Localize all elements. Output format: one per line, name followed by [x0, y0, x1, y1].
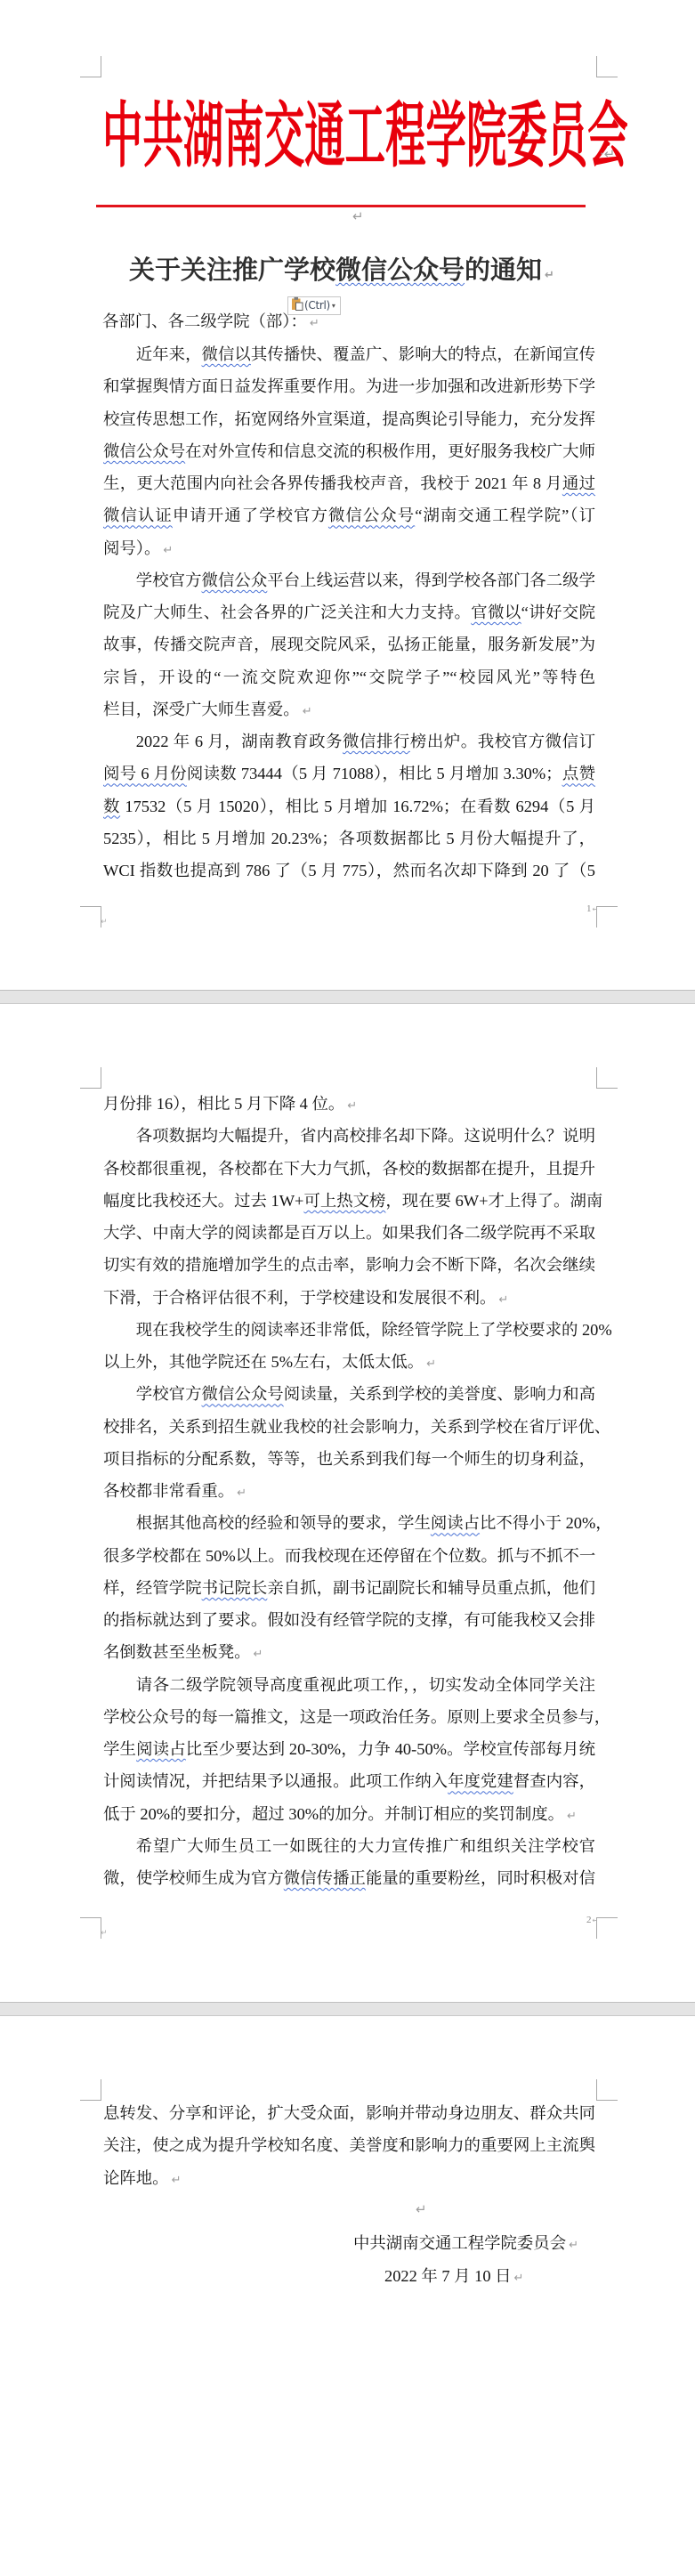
text-line: 阅号）。↵	[103, 532, 595, 564]
text-segment: 学生	[103, 1740, 136, 1758]
text-line: 样，经管学院书记院长亲自抓，副书记副院长和辅导员重点抓，他们	[103, 1572, 595, 1604]
margin-corner-mark	[80, 1917, 101, 1939]
notice-title-text: 关于关注推广学校	[129, 255, 335, 285]
text-line: 生，更大范围内向社会各界传播我校声音，我校于 2021 年 8 月通过	[103, 467, 595, 499]
spellcheck-flagged-text[interactable]: 微信公众号	[103, 442, 185, 460]
signature-organization: 中共湖南交通工程学院委员会↵	[353, 2227, 578, 2262]
text-segment: 学校公众号的每一篇推文，这是一项政治任务。原则上要求全员参与，	[103, 1708, 610, 1726]
text-segment: 请各二级学院领导高度重视此项工作，，切实发动全体同学关注	[136, 1676, 595, 1694]
spellcheck-flagged-text[interactable]: 官微以	[471, 603, 521, 621]
paragraph-mark-icon: ↵	[303, 705, 312, 718]
text-segment: 下滑，于合格评估很不利，于学校建设和发展很不利。	[103, 1289, 496, 1307]
text-segment: 阅读量，关系到学校的美誉度、影响力和高	[284, 1385, 595, 1403]
text-segment: 学校官方	[136, 571, 202, 589]
text-segment: 根据其他高校的经验和领导的要求，学生	[136, 1514, 431, 1532]
text-segment: 息转发、分享和评论，扩大受众面，影响并带动身边朋友、群众共同	[103, 2104, 595, 2122]
page-number: 2↵	[586, 1914, 598, 1927]
margin-corner-mark	[596, 906, 618, 928]
chevron-down-icon: ▾	[332, 297, 335, 314]
text-segment: 幅度比我校还大。过去 1W+	[103, 1192, 303, 1210]
paragraph-mark-icon: ↵	[101, 918, 108, 927]
text-line: 故事，传播交院声音，展现交院风采，弘扬正能量，服务新发展”为	[103, 628, 595, 660]
text-line: 5235），相比 5 月增加 20.23%；各项数据都比 5 月份大幅提升了，	[103, 822, 595, 855]
paragraph-mark-icon: ↵	[347, 1099, 357, 1113]
paragraph-mark-icon: ↵	[352, 209, 364, 223]
text-segment: 低于 20%的要扣分，超过 30%的加分。并制订相应的奖罚制度。	[103, 1805, 564, 1823]
text-line: 宗旨，开设的“一流交院欢迎你”“交院学子”“校园风光”等特色	[103, 661, 595, 693]
text-line: 学生阅读占比至少要达到 20-30%，力争 40-50%。学校宣传部每月统	[103, 1733, 595, 1765]
paragraph-mark-icon: ↵	[593, 1916, 599, 1924]
text-segment: 申请开通了学校官方	[173, 506, 328, 524]
paragraph-mark-icon: ↵	[163, 544, 173, 557]
text-line: 微信公众号在对外宣传和信息交流的积极作用，更好服务我校广大师	[103, 435, 595, 467]
text-line: 学校官方微信公众号阅读量，关系到学校的美誉度、影响力和高	[103, 1378, 595, 1410]
text-segment: 生，更大范围内向社会各界传播我校声音，我校于 2021 年 8 月	[103, 474, 562, 492]
clipboard-icon	[291, 296, 303, 315]
text-segment: “湖南交通工程学院”（订	[415, 506, 595, 524]
margin-corner-mark	[80, 2079, 101, 2101]
text-segment: 学校官方	[136, 1385, 202, 1403]
spellcheck-flagged-text[interactable]: 可上热文榜	[303, 1192, 385, 1210]
text-segment: 校宣传思想工作，拓宽网络外宣渠道，提高舆论引导能力，充分发挥	[103, 410, 595, 428]
text-line: 阅号 6 月份阅读数 73444（5 月 71088），相比 5 月增加 3.3…	[103, 757, 595, 790]
margin-corner-mark	[596, 1917, 618, 1939]
text-line: 院及广大师生、社会各界的广泛关注和大力支持。官微以“讲好交院	[103, 596, 595, 628]
spellcheck-flagged-text[interactable]: 微信认证	[103, 506, 173, 524]
page-gap	[0, 990, 695, 1004]
text-segment: 比至少要达到 20-30%，力争 40-50%。学校宣传部每月统	[186, 1740, 595, 1758]
page-3[interactable]: 息转发、分享和评论，扩大受众面，影响并带动身边朋友、群众共同关注，使之成为提升学…	[0, 2016, 695, 2576]
text-segment: 平台上线运营以来，得到学校各部门各二级学	[267, 571, 595, 589]
paste-options-label: (Ctrl)	[304, 297, 330, 314]
paste-options-button[interactable]: (Ctrl) ▾	[287, 296, 341, 315]
text-segment: 院及广大师生、社会各界的广泛关注和大力支持。	[103, 603, 471, 621]
text-segment: 关注，使之成为提升学校知名度、美誉度和影响力的重要网上主流舆	[103, 2136, 595, 2154]
text-line: 切实有效的措施增加学生的点击率，影响力会不断下降，名次会继续	[103, 1249, 595, 1281]
text-segment: 阅读数 73444（5 月 71088），相比 5 月增加 3.30%；	[187, 765, 562, 782]
signature-organization-text: 中共湖南交通工程学院委员会	[353, 2234, 566, 2252]
text-line: 各校都非常看重。↵	[103, 1475, 595, 1507]
text-line: 现在我校学生的阅读率还非常低，除经管学院上了学校要求的 20%	[103, 1314, 595, 1346]
spellcheck-flagged-text[interactable]: 书记院长	[202, 1579, 268, 1597]
margin-corner-mark	[596, 1067, 618, 1089]
paragraph-mark-icon: ↵	[567, 1810, 577, 1823]
text-line: 微信认证申请开通了学校官方微信公众号“湖南交通工程学院”（订	[103, 499, 595, 531]
text-line: 数 17532（5 月 15020），相比 5 月增加 16.72%；在看数 6…	[103, 790, 595, 822]
body-text-page-1: 近年来，微信以其传播快、覆盖广、影响大的特点，在新闻宣传和掌握舆情方面日益发挥重…	[103, 338, 595, 887]
text-segment: 名倒数甚至坐板凳。	[103, 1643, 251, 1661]
text-line: 的指标就达到了要求。假如没有经管学院的支撑，有可能我校又会排	[103, 1604, 595, 1636]
text-line: 栏目，深受广大师生喜爱。↵	[103, 693, 595, 725]
text-segment: 样，经管学院	[103, 1579, 202, 1597]
text-segment: 的指标就达到了要求。假如没有经管学院的支撑，有可能我校又会排	[103, 1611, 595, 1629]
text-segment: 校排名，关系到招生就业我校的社会影响力，关系到学校在省厅评优、	[103, 1418, 610, 1436]
text-line: 名倒数甚至坐板凳。↵	[103, 1636, 595, 1668]
text-segment: 能量的重要粉丝，同时积极对信	[366, 1869, 595, 1887]
text-segment: 计阅读情况，并把结果予以通报。此项工作纳入	[103, 1772, 448, 1790]
spellcheck-flagged-text[interactable]: 微信公众号	[335, 255, 465, 285]
text-segment: 各校都很重视，各校都在下大力气抓，各校的数据都在提升，且提升	[103, 1160, 595, 1178]
paragraph-mark-icon: ↵	[426, 1357, 436, 1371]
text-line: 校排名，关系到招生就业我校的社会影响力，关系到学校在省厅评优、	[103, 1411, 595, 1443]
text-segment: 大学、中南大学的阅读都是百万以上。如果我们各二级学院再不采取	[103, 1224, 595, 1242]
letterhead-title-text: 中共湖南交通工程学院委员会	[102, 100, 628, 171]
text-line: 近年来，微信以其传播快、覆盖广、影响大的特点，在新闻宣传	[103, 338, 595, 370]
text-segment: 17532（5 月 15020），相比 5 月增加 16.72%；在看数 629…	[120, 798, 595, 815]
notice-title-text: 的通知	[465, 255, 542, 285]
margin-corner-mark	[596, 56, 618, 77]
text-segment: 以上外，其他学院还在 5%左右，太低太低。	[103, 1353, 424, 1371]
paragraph-mark-icon: ↵	[101, 1929, 108, 1938]
paragraph-mark-icon: ↵	[498, 1293, 508, 1307]
text-segment: 比不得小于 20%，	[480, 1514, 612, 1532]
text-segment: ，现在要 6W+才上得了。湖南	[385, 1192, 602, 1210]
margin-corner-mark	[80, 1067, 101, 1089]
document-canvas: 中共湖南交通工程学院委员会 ·↵ ↵ 关于关注推广学校微信公众号的通知↵ 各部门…	[0, 0, 695, 2576]
text-segment: 督查内容，	[513, 1772, 595, 1790]
text-line: 低于 20%的要扣分，超过 30%的加分。并制订相应的奖罚制度。↵	[103, 1798, 595, 1830]
text-line: 计阅读情况，并把结果予以通报。此项工作纳入年度党建督查内容，	[103, 1765, 595, 1797]
text-segment: 榜出炉。我校官方微信订	[410, 733, 595, 750]
spellcheck-flagged-text[interactable]: 年度党建	[448, 1772, 513, 1790]
text-segment: 论阵地。	[103, 2169, 169, 2187]
spellcheck-flagged-text[interactable]: 微信以	[202, 345, 251, 363]
spellcheck-flagged-text[interactable]: 微信公众	[202, 571, 268, 589]
text-line: 校宣传思想工作，拓宽网络外宣渠道，提高舆论引导能力，充分发挥	[103, 403, 595, 435]
page-number: 1↵	[586, 903, 598, 916]
paragraph-mark-icon: ↵	[416, 2202, 427, 2216]
signature-date: 2022 年 7 月 10 日↵	[384, 2260, 523, 2295]
paragraph-mark-icon: ↵	[593, 905, 599, 913]
text-segment: 其传播快、覆盖广、影响大的特点，在新闻宣传	[251, 345, 595, 363]
text-segment: 很多学校都在 50%以上。而我校现在还停留在个位数。抓与不抓不一	[103, 1547, 595, 1565]
page-gap	[0, 2002, 695, 2016]
spellcheck-flagged-text[interactable]: 点赞	[562, 765, 595, 782]
salutation-text: 各部门、各二级学院（部）：	[102, 312, 307, 330]
paragraph-mark-icon: ↵	[237, 1486, 246, 1500]
page-number-text: 1	[586, 903, 592, 914]
text-segment: 5235），相比 5 月增加 20.23%；各项数据都比 5 月份大幅提升了，	[103, 830, 595, 847]
spellcheck-flagged-text[interactable]: 微信传播正	[284, 1869, 366, 1887]
text-segment: 故事，传播交院声音，展现交院风采，弘扬正能量，服务新发展”为	[103, 636, 595, 653]
text-line: 2022 年 6 月，湖南教育政务微信排行榜出炉。我校官方微信订	[103, 725, 595, 757]
paragraph-mark-icon: ↵	[569, 2239, 578, 2252]
text-segment: 在对外宣传和信息交流的积极作用，更好服务我校广大师	[185, 442, 595, 460]
text-segment: WCI 指数也提高到 786 了（5 月 775），然而名次却下降到 20 了（…	[103, 862, 595, 879]
letterhead-red-rule	[96, 205, 586, 207]
body-text-page-2: 月份排 16），相比 5 月下降 4 位。↵各项数据均大幅提升，省内高校排名却下…	[103, 1088, 595, 1894]
text-line: 微，使学校师生成为官方微信传播正能量的重要粉丝，同时积极对信	[103, 1862, 595, 1894]
text-line: 下滑，于合格评估很不利，于学校建设和发展很不利。↵	[103, 1282, 595, 1314]
text-segment: 阅号）。	[103, 539, 160, 557]
text-line: 根据其他高校的经验和领导的要求，学生阅读占比不得小于 20%，	[103, 1507, 595, 1539]
text-line: 大学、中南大学的阅读都是百万以上。如果我们各二级学院再不采取	[103, 1217, 595, 1249]
margin-corner-mark	[80, 906, 101, 928]
paragraph-mark-icon: ↵	[310, 317, 319, 330]
text-line: 学校公众号的每一篇推文，这是一项政治任务。原则上要求全员参与，	[103, 1701, 595, 1733]
text-line: 月份排 16），相比 5 月下降 4 位。↵	[103, 1088, 595, 1120]
text-segment: “讲好交院	[521, 603, 595, 621]
text-segment: 希望广大师生员工一如既往的大力宣传推广和组织关注学校官	[136, 1837, 595, 1855]
text-segment: 近年来，	[136, 345, 202, 363]
text-line: 和掌握舆情方面日益发挥重要作用。为进一步加强和改进新形势下学	[103, 370, 595, 402]
text-line: 各项数据均大幅提升，省内高校排名却下降。这说明什么？说明	[103, 1120, 595, 1152]
spellcheck-flagged-text[interactable]: 阅读占	[431, 1514, 480, 1532]
spellcheck-flagged-text[interactable]: 数	[103, 798, 120, 815]
spellcheck-flagged-text[interactable]: 微信排行	[343, 733, 410, 750]
page-2[interactable]: 月份排 16），相比 5 月下降 4 位。↵各项数据均大幅提升，省内高校排名却下…	[0, 1004, 695, 2002]
text-segment: 现在我校学生的阅读率还非常低，除经管学院上了学校要求的 20%	[136, 1321, 612, 1339]
paragraph-mark-icon: ↵	[545, 269, 554, 282]
text-segment: 微，使学校师生成为官方	[103, 1869, 284, 1887]
text-line: 息转发、分享和评论，扩大受众面，影响并带动身边朋友、群众共同	[103, 2097, 595, 2129]
text-line: 以上外，其他学院还在 5%左右，太低太低。↵	[103, 1346, 595, 1378]
text-segment: 各校都非常看重。	[103, 1482, 234, 1500]
page-1[interactable]: 中共湖南交通工程学院委员会 ·↵ ↵ 关于关注推广学校微信公众号的通知↵ 各部门…	[0, 0, 695, 991]
spellcheck-flagged-text[interactable]: 通过	[562, 474, 595, 492]
margin-corner-mark	[80, 56, 101, 77]
text-line: 项目指标的分配系数，等等，也关系到我们每一个师生的切身利益，	[103, 1443, 595, 1475]
text-line: 各校都很重视，各校都在下大力气抓，各校的数据都在提升，且提升	[103, 1153, 595, 1185]
text-line: 学校官方微信公众平台上线运营以来，得到学校各部门各二级学	[103, 564, 595, 596]
text-segment: 各项数据均大幅提升，省内高校排名却下降。这说明什么？说明	[136, 1127, 595, 1145]
spellcheck-flagged-text[interactable]: 微信公众号	[202, 1385, 284, 1403]
spellcheck-flagged-text[interactable]: 阅读占	[136, 1740, 186, 1758]
paragraph-mark-icon: ·↵	[600, 147, 615, 161]
text-segment: 月份排 16），相比 5 月下降 4 位。	[103, 1095, 344, 1113]
paragraph-mark-icon: ↵	[172, 2174, 182, 2187]
signature-date-text: 2022 年 7 月 10 日	[384, 2267, 512, 2285]
text-segment: 切实有效的措施增加学生的点击率，影响力会不断下降，名次会继续	[103, 1256, 595, 1274]
margin-corner-mark	[596, 2079, 618, 2101]
text-line: 幅度比我校还大。过去 1W+可上热文榜，现在要 6W+才上得了。湖南	[103, 1185, 595, 1217]
text-segment: 宗旨，开设的“一流交院欢迎你”“交院学子”“校园风光”等特色	[103, 668, 595, 686]
text-line: WCI 指数也提高到 786 了（5 月 775），然而名次却下降到 20 了（…	[103, 855, 595, 887]
text-segment: 2022 年 6 月，湖南教育政务	[136, 733, 343, 750]
text-segment: 栏目，深受广大师生喜爱。	[103, 701, 300, 718]
body-text-page-3: 息转发、分享和评论，扩大受众面，影响并带动身边朋友、群众共同关注，使之成为提升学…	[103, 2097, 595, 2194]
text-line: 论阵地。↵	[103, 2162, 595, 2194]
text-line: 很多学校都在 50%以上。而我校现在还停留在个位数。抓与不抓不一	[103, 1540, 595, 1572]
text-line: 请各二级学院领导高度重视此项工作，，切实发动全体同学关注	[103, 1669, 595, 1701]
text-segment: 和掌握舆情方面日益发挥重要作用。为进一步加强和改进新形势下学	[103, 377, 595, 395]
text-line: 希望广大师生员工一如既往的大力宣传推广和组织关注学校官	[103, 1830, 595, 1862]
text-segment: 亲自抓，副书记副院长和辅导员重点抓，他们	[267, 1579, 595, 1597]
paragraph-mark-icon: ↵	[514, 2272, 524, 2285]
page-number-text: 2	[586, 1915, 592, 1925]
text-line: 关注，使之成为提升学校知名度、美誉度和影响力的重要网上主流舆	[103, 2129, 595, 2161]
spellcheck-flagged-text[interactable]: 阅号 6 月份	[103, 765, 187, 782]
paragraph-mark-icon: ↵	[254, 1648, 263, 1661]
spellcheck-flagged-text[interactable]: 微信公众号	[328, 506, 415, 524]
text-segment: 项目指标的分配系数，等等，也关系到我们每一个师生的切身利益，	[103, 1450, 595, 1468]
notice-title: 关于关注推广学校微信公众号的通知↵	[129, 254, 554, 286]
